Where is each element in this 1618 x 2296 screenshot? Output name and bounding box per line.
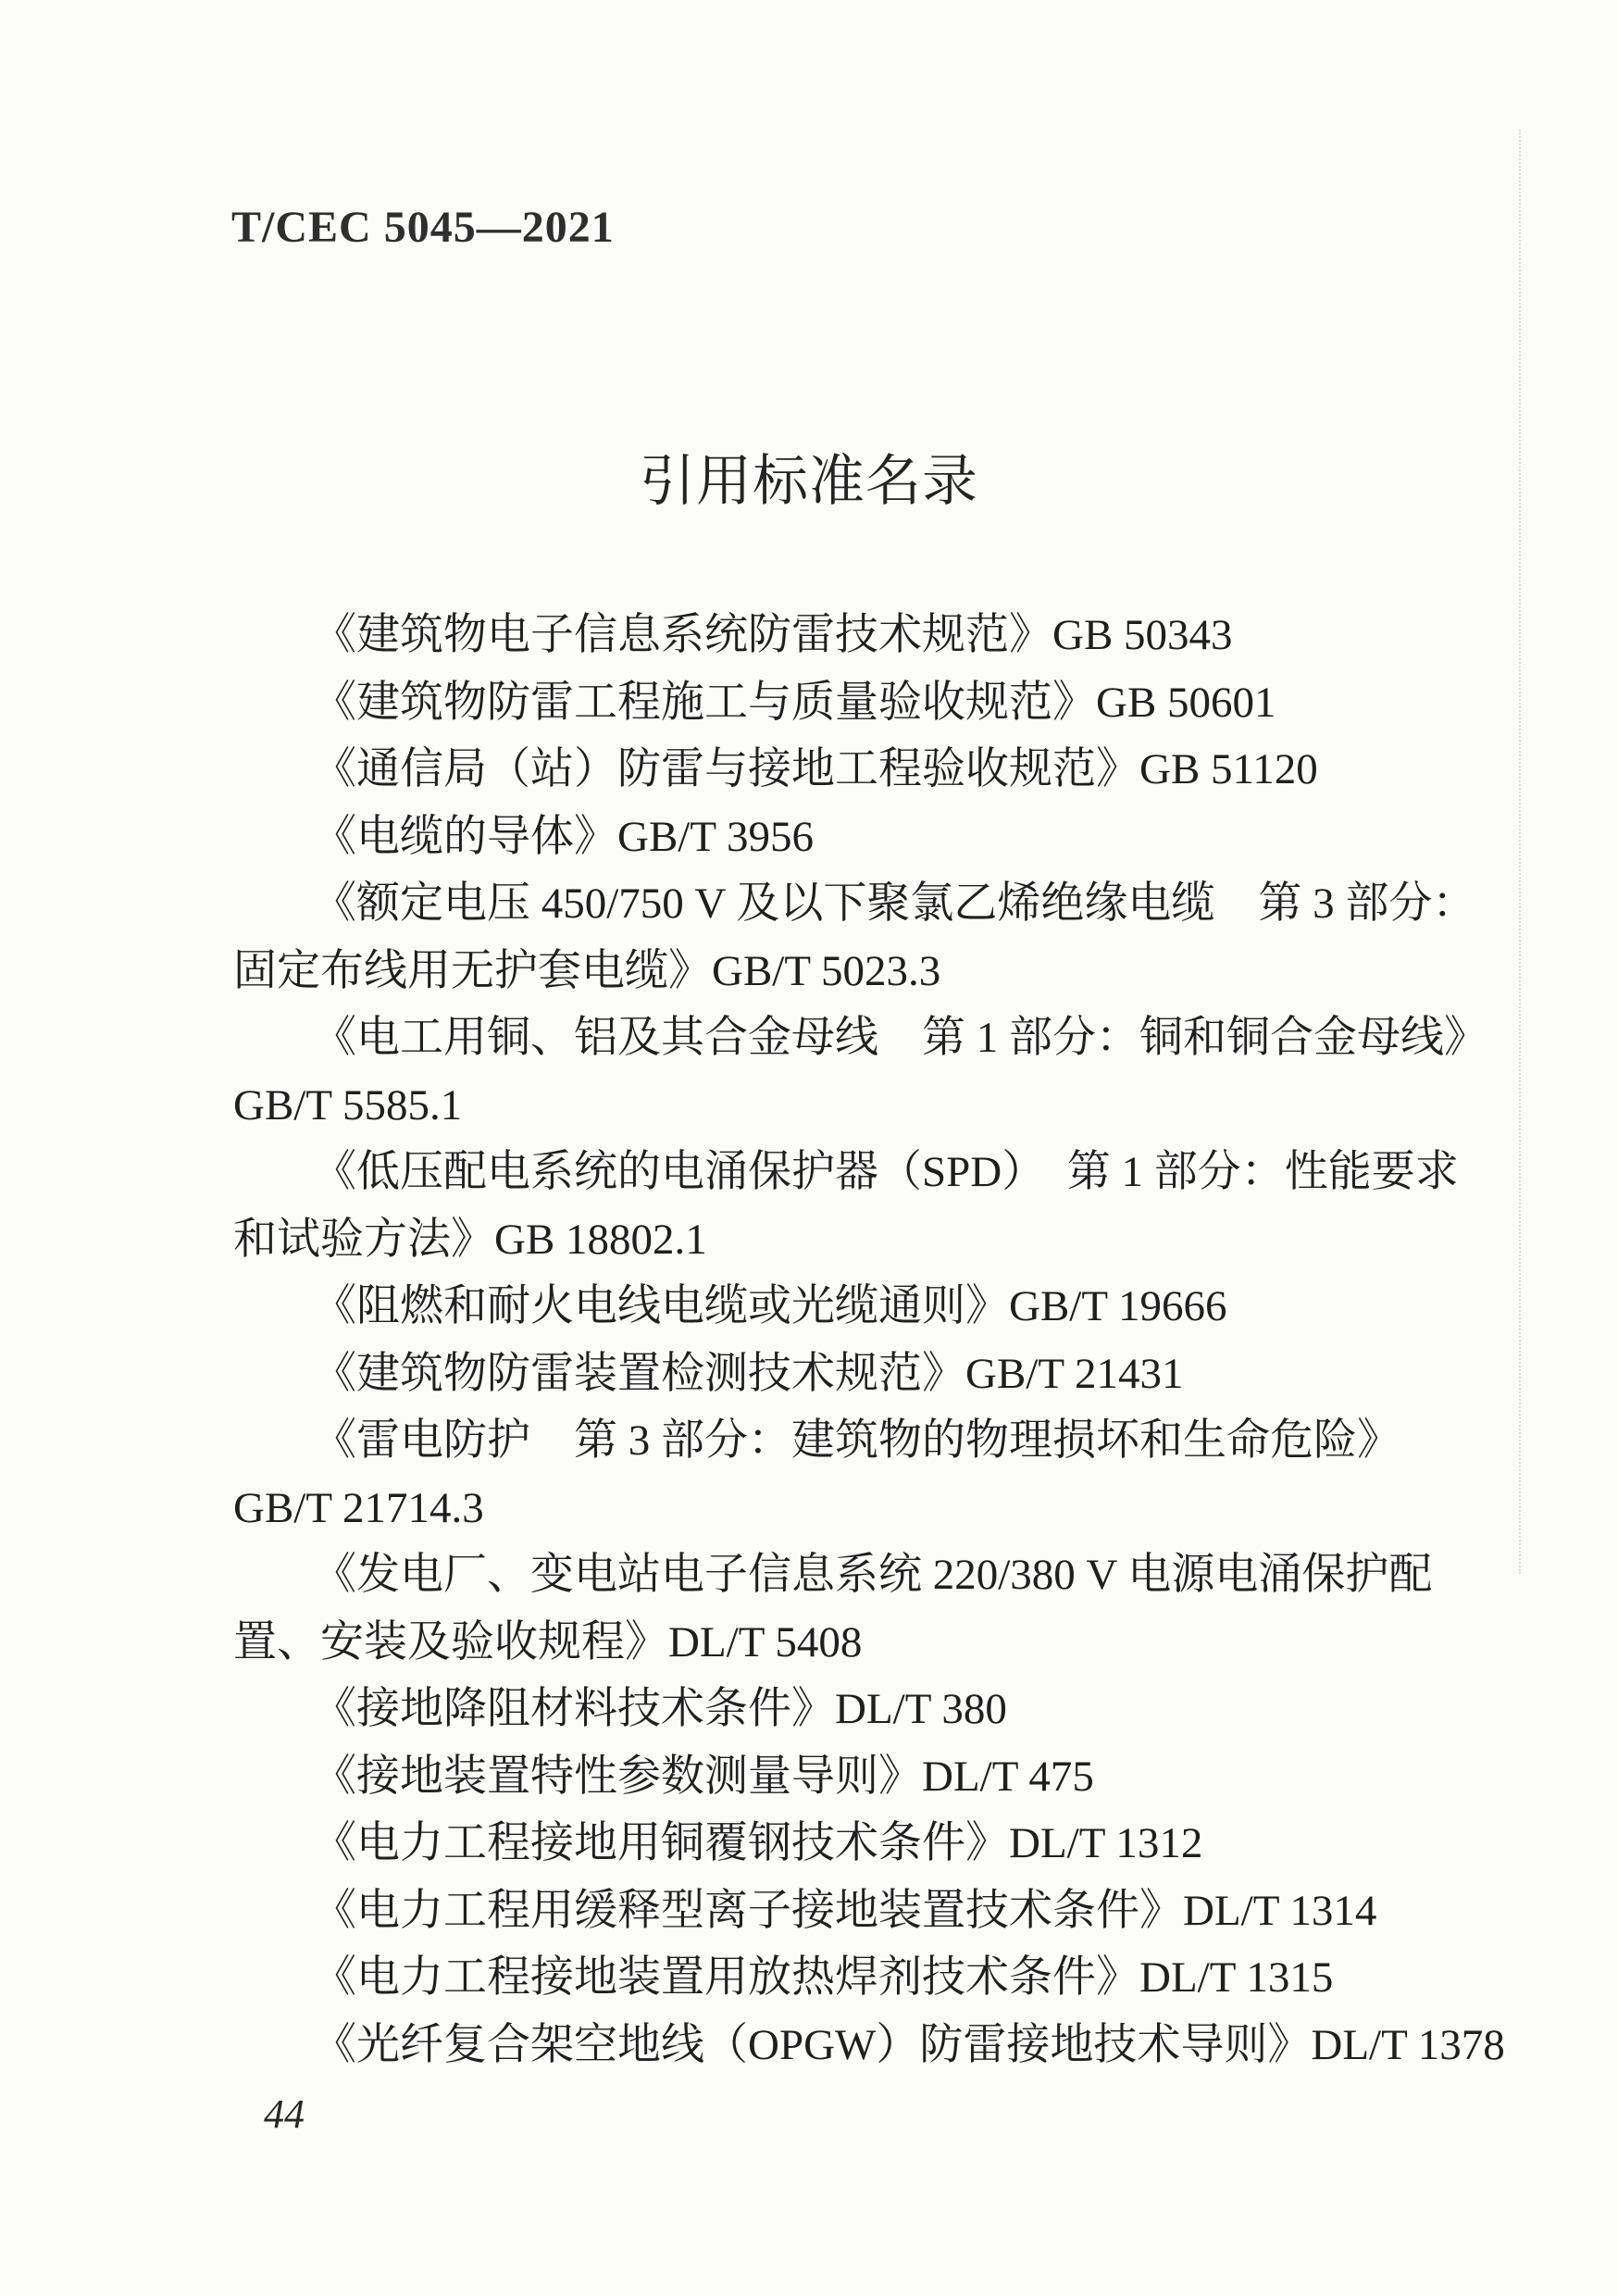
standard-line: 《接地降阻材料技术条件》DL/T 380: [313, 1676, 1418, 1743]
standard-line: 《电力工程接地用铜覆钢技术条件》DL/T 1312: [313, 1810, 1418, 1878]
document-page: T/CEC 5045—2021 引用标准名录 《建筑物电子信息系统防雷技术规范》…: [0, 0, 1618, 2296]
standard-line: 《电缆的导体》GB/T 3956: [313, 804, 1418, 871]
standard-line: 固定布线用无护套电缆》GB/T 5023.3: [233, 938, 1418, 1005]
standard-line: 和试验方法》GB 18802.1: [233, 1206, 1418, 1274]
standard-line: GB/T 5585.1: [233, 1072, 1418, 1140]
page-number: 44: [264, 2090, 305, 2138]
standard-line: GB/T 21714.3: [233, 1475, 1418, 1542]
standard-line: 《光纤复合架空地线（OPGW）防雷接地技术导则》DL/T 1378: [313, 2012, 1418, 2079]
standard-number-header: T/CEC 5045—2021: [231, 202, 615, 253]
referenced-standards-list: 《建筑物电子信息系统防雷技术规范》GB 50343《建筑物防雷工程施工与质量验收…: [233, 602, 1418, 2078]
standard-line: 《低压配电系统的电涌保护器（SPD） 第 1 部分：性能要求: [313, 1139, 1418, 1206]
standard-line: 《通信局（站）防雷与接地工程验收规范》GB 51120: [313, 736, 1418, 804]
scan-artifact-line: [1519, 130, 1521, 1574]
standard-line: 《阻燃和耐火电线电缆或光缆通则》GB/T 19666: [313, 1273, 1418, 1341]
page-title: 引用标准名录: [0, 437, 1618, 517]
standard-line: 《额定电压 450/750 V 及以下聚氯乙烯绝缘电缆 第 3 部分：: [313, 870, 1418, 938]
standard-line: 《电力工程用缓释型离子接地装置技术条件》DL/T 1314: [313, 1878, 1418, 1945]
standard-line: 《建筑物防雷工程施工与质量验收规范》GB 50601: [313, 669, 1418, 737]
standard-line: 《雷电防护 第 3 部分：建筑物的物理损坏和生命危险》: [313, 1407, 1418, 1475]
standard-line: 《建筑物防雷装置检测技术规范》GB/T 21431: [313, 1341, 1418, 1408]
standard-line: 《发电厂、变电站电子信息系统 220/380 V 电源电涌保护配: [313, 1541, 1418, 1609]
standard-line: 置、安装及验收规程》DL/T 5408: [233, 1609, 1418, 1677]
standard-line: 《接地装置特性参数测量导则》DL/T 475: [313, 1743, 1418, 1811]
standard-line: 《电工用铜、铝及其合金母线 第 1 部分：铜和铜合金母线》: [313, 1004, 1418, 1072]
standard-line: 《建筑物电子信息系统防雷技术规范》GB 50343: [313, 602, 1418, 669]
standard-line: 《电力工程接地装置用放热焊剂技术条件》DL/T 1315: [313, 1944, 1418, 2012]
